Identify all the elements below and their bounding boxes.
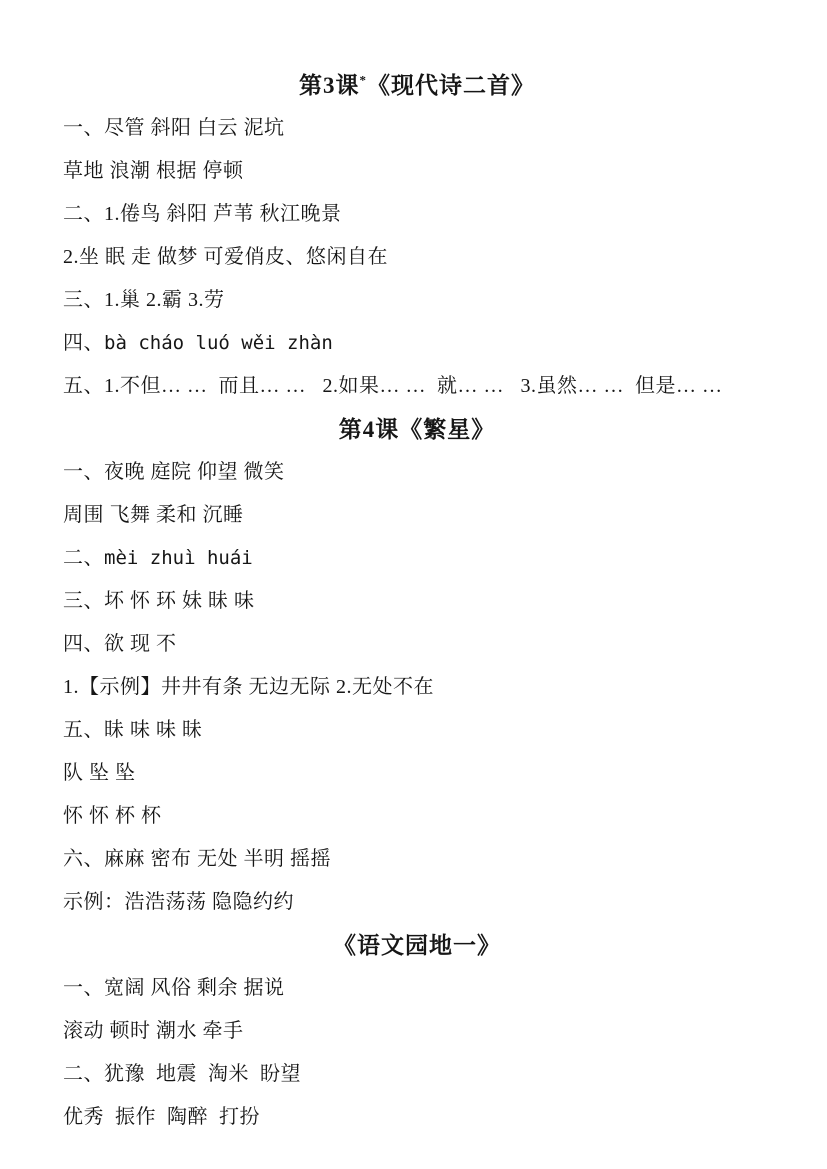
answer-line: 一、宽阔 风俗 剩余 据说 <box>63 967 771 1010</box>
answer-line: 二、1.倦鸟 斜阳 芦苇 秋江晚景 <box>63 193 771 236</box>
text-segment: 五、1.不但… … 而且… … 2.如果… … 就… … 3.虽然… … 但是…… <box>63 375 723 397</box>
title-asterisk: * <box>360 72 368 87</box>
text-segment: 二、 <box>63 547 104 569</box>
answer-line: 示例：浩浩荡荡 隐隐约约 <box>63 881 771 924</box>
answer-line: 四、bà cháo luó wěi zhàn <box>63 322 771 365</box>
text-segment: 周围 飞舞 柔和 沉睡 <box>63 504 244 526</box>
pinyin-text: mèi zhuì huái <box>104 547 253 569</box>
answer-line: 草地 浪潮 根据 停顿 <box>63 150 771 193</box>
text-segment: 示例：浩浩荡荡 隐隐约约 <box>63 891 294 913</box>
text-segment: 《语文园地一》 <box>333 933 501 958</box>
answer-line: 滚动 顿时 潮水 牵手 <box>63 1010 771 1053</box>
section-title-1: 第3课*《现代诗二首》 <box>63 64 771 107</box>
answer-line: 三、坏 怀 环 妹 昧 味 <box>63 580 771 623</box>
text-segment: 怀 怀 杯 杯 <box>63 805 162 827</box>
text-segment: 第3课 <box>299 73 360 98</box>
document-content: 第3课*《现代诗二首》一、尽管 斜阳 白云 泥坑草地 浪潮 根据 停顿二、1.倦… <box>0 0 827 1139</box>
text-segment: 三、1.巢 2.霸 3.劳 <box>63 289 225 311</box>
text-segment: 四、欲 现 不 <box>63 633 177 655</box>
answer-line: 一、尽管 斜阳 白云 泥坑 <box>63 107 771 150</box>
answer-line: 五、昧 味 味 昧 <box>63 709 771 752</box>
text-segment: 三、坏 怀 环 妹 昧 味 <box>63 590 255 612</box>
text-segment: 2.坐 眠 走 做梦 可爱俏皮、悠闲自在 <box>63 246 388 268</box>
text-segment: 二、1.倦鸟 斜阳 芦苇 秋江晚景 <box>63 203 342 225</box>
text-segment: 优秀 振作 陶醉 打扮 <box>63 1106 260 1128</box>
text-segment: 一、尽管 斜阳 白云 泥坑 <box>63 117 285 139</box>
answer-line: 1.【示例】井井有条 无边无际 2.无处不在 <box>63 666 771 709</box>
text-segment: 一、宽阔 风俗 剩余 据说 <box>63 977 285 999</box>
text-segment: 《现代诗二首》 <box>367 73 535 98</box>
answer-line: 一、夜晚 庭院 仰望 微笑 <box>63 451 771 494</box>
answer-line: 六、麻麻 密布 无处 半明 摇摇 <box>63 838 771 881</box>
text-segment: 1.【示例】井井有条 无边无际 2.无处不在 <box>63 676 434 698</box>
text-segment: 五、昧 味 味 昧 <box>63 719 203 741</box>
text-segment: 一、夜晚 庭院 仰望 微笑 <box>63 461 285 483</box>
text-segment: 六、麻麻 密布 无处 半明 摇摇 <box>63 848 331 870</box>
answer-line: 周围 飞舞 柔和 沉睡 <box>63 494 771 537</box>
text-segment: 第4课《繁星》 <box>339 417 496 442</box>
text-segment: 滚动 顿时 潮水 牵手 <box>63 1020 244 1042</box>
answer-line: 二、mèi zhuì huái <box>63 537 771 580</box>
document-page: 第3课*《现代诗二首》一、尽管 斜阳 白云 泥坑草地 浪潮 根据 停顿二、1.倦… <box>0 0 827 1169</box>
pinyin-text: bà cháo luó wěi zhàn <box>104 332 333 354</box>
answer-line: 五、1.不但… … 而且… … 2.如果… … 就… … 3.虽然… … 但是…… <box>63 365 771 408</box>
answer-line: 优秀 振作 陶醉 打扮 <box>63 1096 771 1139</box>
answer-line: 二、犹豫 地震 淘米 盼望 <box>63 1053 771 1096</box>
answer-line: 怀 怀 杯 杯 <box>63 795 771 838</box>
answer-line: 2.坐 眠 走 做梦 可爱俏皮、悠闲自在 <box>63 236 771 279</box>
answer-line: 队 坠 坠 <box>63 752 771 795</box>
answer-line: 三、1.巢 2.霸 3.劳 <box>63 279 771 322</box>
section-title-3: 《语文园地一》 <box>63 924 771 967</box>
text-segment: 二、犹豫 地震 淘米 盼望 <box>63 1063 301 1085</box>
answer-line: 四、欲 现 不 <box>63 623 771 666</box>
text-segment: 草地 浪潮 根据 停顿 <box>63 160 244 182</box>
text-segment: 队 坠 坠 <box>63 762 136 784</box>
section-title-2: 第4课《繁星》 <box>63 408 771 451</box>
text-segment: 四、 <box>63 332 104 354</box>
